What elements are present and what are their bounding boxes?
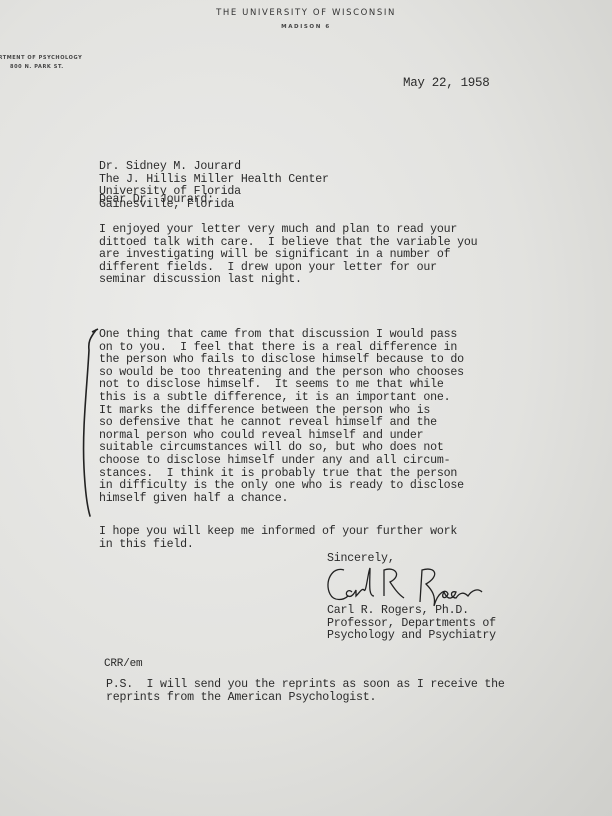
department-address: 800 N. PARK ST. [0, 63, 82, 72]
letterhead-institution: THE UNIVERSITY OF WISCONSIN [0, 8, 612, 18]
letterhead-city: MADISON 6 [0, 24, 612, 30]
body-paragraph-2: One thing that came from that discussion… [99, 329, 464, 505]
body-paragraph-1: I enjoyed your letter very much and plan… [99, 224, 477, 287]
letter-page: THE UNIVERSITY OF WISCONSIN MADISON 6 AR… [0, 0, 612, 816]
department-name: ARTMENT OF PSYCHOLOGY [0, 54, 82, 63]
letter-date: May 22, 1958 [403, 76, 489, 90]
salutation: Dear Dr. Jourard: [99, 194, 214, 207]
signatory-block: Carl R. Rogers, Ph.D. Professor, Departm… [327, 605, 496, 643]
body-paragraph-3: I hope you will keep me informed of your… [99, 526, 457, 551]
letterhead-department: ARTMENT OF PSYCHOLOGY 800 N. PARK ST. [0, 54, 82, 72]
typist-initials: CRR/em [104, 658, 142, 671]
postscript: P.S. I will send you the reprints as soo… [106, 679, 505, 704]
